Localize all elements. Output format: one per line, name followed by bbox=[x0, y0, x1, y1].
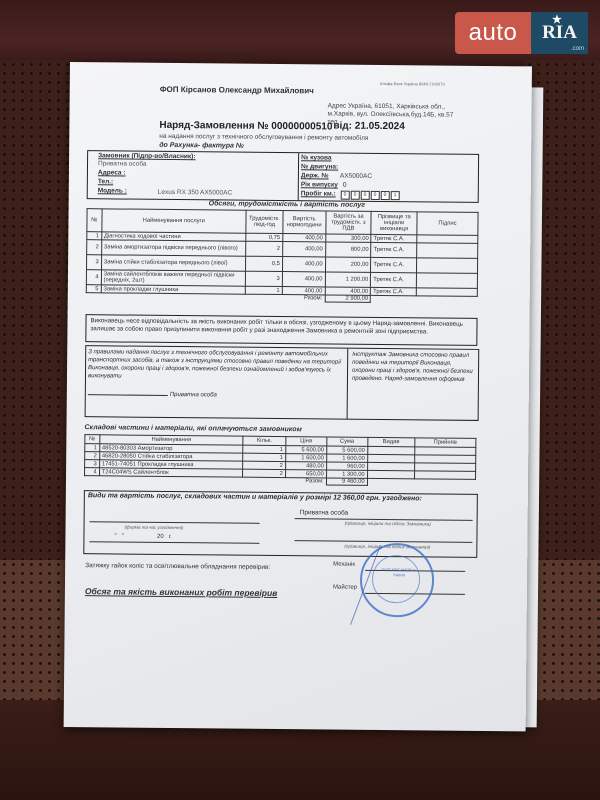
customer-label: Замовник (Підпр-во/Власник): bbox=[98, 152, 196, 160]
column-header: Прізвище та ініціали виконавця bbox=[371, 211, 417, 234]
parts-total: 9 460,00 bbox=[326, 478, 367, 485]
column-header: № bbox=[87, 209, 102, 232]
mileage-row: Пробіг км.: 000001 bbox=[301, 190, 401, 200]
star-icon: ★ bbox=[552, 13, 562, 26]
mileage-digit: 0 bbox=[380, 191, 389, 200]
table-cell: 1 bbox=[85, 444, 100, 452]
plate-value: AX5000AC bbox=[340, 173, 372, 180]
customer-info-box: Замовник (Підпр-во/Власник): Приватна ос… bbox=[87, 150, 479, 203]
master-label: Майстер bbox=[333, 585, 357, 591]
quality-check-text: Обсяг та якість виконаних робіт перевіри… bbox=[85, 586, 277, 598]
table-cell: 3 bbox=[245, 271, 282, 286]
table-cell bbox=[367, 478, 475, 486]
services-total: 2 900,00 bbox=[325, 295, 371, 302]
column-header: Кільк. bbox=[243, 436, 286, 445]
bank-info: Альфа-Банк Україна 8048-7142070 bbox=[380, 81, 445, 87]
rules-signer: Приватна особа bbox=[170, 392, 217, 398]
column-header: Вартість нормогодини bbox=[283, 211, 326, 234]
table-cell: Заміна стійки стабілізатора переднього (… bbox=[101, 255, 245, 271]
table-cell bbox=[416, 273, 477, 289]
services-table: №Найменування послугиТрудомістк. люд-год… bbox=[86, 208, 479, 304]
perforated-leather-left bbox=[0, 60, 75, 580]
body-number-label: № кузова bbox=[301, 154, 331, 161]
table-cell bbox=[417, 243, 478, 259]
table-cell: 3 bbox=[87, 255, 102, 270]
caption-customer: (прізвище, ініціали та підпис Замовника) bbox=[345, 521, 431, 527]
invoice-label: до Рахунка- фактура № bbox=[159, 142, 244, 150]
engine-number-label: № двигуна: bbox=[301, 163, 338, 170]
customer-signature-line bbox=[88, 394, 168, 396]
table-cell: 2 bbox=[85, 452, 100, 460]
customer-value: Приватна особа bbox=[98, 160, 147, 167]
table-cell: 200,00 bbox=[325, 257, 371, 272]
mileage-digit: 1 bbox=[390, 191, 399, 200]
mileage-digit: 0 bbox=[350, 191, 359, 200]
caption-form: (форма та час узгодження) bbox=[125, 525, 184, 531]
agreement-date: " " 20 г. bbox=[114, 533, 171, 540]
parts-section-title: Складові частини і матеріали, які оплачу… bbox=[84, 424, 301, 433]
table-cell: 2 bbox=[246, 241, 283, 256]
column-header: Вартість за трудомістк. з ПДВ bbox=[325, 211, 371, 234]
column-header: Трудомістк. люд-год bbox=[246, 210, 283, 233]
service-order-document: Альфа-Банк Україна 8048-7142070 ФОП Кірс… bbox=[64, 62, 532, 731]
table-cell: 4 bbox=[85, 468, 100, 476]
column-header: Видав bbox=[367, 437, 414, 446]
parts-table: №НайменуванняКільк.ЦінаСумаВидавПрийняв … bbox=[84, 434, 476, 487]
mechanic-label: Механік bbox=[333, 562, 355, 568]
wheel-check-text: Затяжку гайок коліс та освітлювальне обл… bbox=[85, 562, 270, 571]
table-cell: 1 200,00 bbox=[325, 272, 371, 287]
table-cell: Третяк С.А. bbox=[371, 257, 417, 272]
table-cell: 400,00 bbox=[282, 272, 325, 287]
address-label: Адреса : bbox=[98, 169, 126, 176]
instruction-note: Інструктаж Замовника стосовно правил пов… bbox=[350, 349, 477, 420]
plate-label: Держ. № bbox=[301, 172, 329, 179]
watermark-ria: ★ RIA .com bbox=[531, 12, 588, 54]
total-label: Разом: bbox=[86, 293, 325, 302]
table-cell: 400,00 bbox=[282, 257, 325, 272]
table-cell: 4 bbox=[86, 270, 101, 285]
table-cell: 5 bbox=[86, 285, 101, 293]
mileage-digits: 000001 bbox=[340, 191, 400, 201]
phone-label: Тел.: bbox=[98, 178, 113, 185]
model-value: Lexus RX 350 AX5000AC bbox=[158, 189, 233, 197]
mileage-digit: 0 bbox=[360, 191, 369, 200]
mileage-digit: 0 bbox=[340, 191, 349, 200]
year-label: Рік випуску bbox=[301, 181, 338, 188]
table-cell: Третяк С.А. bbox=[371, 272, 417, 287]
table-cell: Третяк С.А. bbox=[371, 242, 417, 257]
table-cell bbox=[371, 295, 478, 303]
order-subtitle: на надання послуг з технічного обслугову… bbox=[159, 133, 368, 142]
mileage-digit: 0 bbox=[370, 191, 379, 200]
model-label: Модель : bbox=[98, 187, 127, 194]
watermark-auto: auto bbox=[455, 12, 531, 54]
year-value: 0 bbox=[343, 182, 347, 189]
column-header: Найменування послуги bbox=[101, 209, 246, 233]
table-cell: Заміна амортизатора підвіски переднього … bbox=[101, 240, 245, 256]
rules-acknowledgement: З правилами надання послуг з технічного … bbox=[88, 348, 345, 382]
table-cell: 400,00 bbox=[282, 242, 325, 257]
table-cell: Заміна сайлентблоків важеля передньої пі… bbox=[101, 270, 245, 286]
table-cell: 1 bbox=[87, 232, 102, 240]
column-header: Сума bbox=[327, 437, 368, 446]
total-label: Разом: bbox=[84, 476, 326, 485]
order-title: Наряд-Замовлення № 00000000510 bbox=[159, 120, 332, 133]
autoria-watermark: auto ★ RIA .com bbox=[455, 12, 588, 54]
mileage-label: Пробіг км.: bbox=[301, 190, 336, 197]
agreement-title: Види та вартість послуг, складових части… bbox=[88, 492, 422, 502]
company-name: ФОП Кірсанов Олександр Михайлович bbox=[160, 85, 314, 95]
column-header: Ціна bbox=[286, 437, 327, 446]
table-cell: 3 bbox=[85, 460, 100, 468]
services-section-title: Обсяги, трудомісткість і вартість послуг bbox=[209, 200, 365, 209]
rules-box: З правилами надання послуг з технічного … bbox=[85, 345, 480, 421]
agreement-customer: Приватна особа bbox=[300, 509, 349, 516]
column-header: № bbox=[85, 435, 100, 444]
column-header: Підпис bbox=[417, 212, 478, 236]
order-date: від: 21.05.2024 bbox=[333, 121, 405, 133]
liability-notice: Виконавець несе відповідальність за якіс… bbox=[85, 314, 477, 346]
table-cell: 0,5 bbox=[245, 256, 282, 271]
table-cell bbox=[416, 258, 477, 274]
table-cell: 2 bbox=[87, 240, 102, 255]
table-cell: 800,00 bbox=[325, 242, 371, 257]
